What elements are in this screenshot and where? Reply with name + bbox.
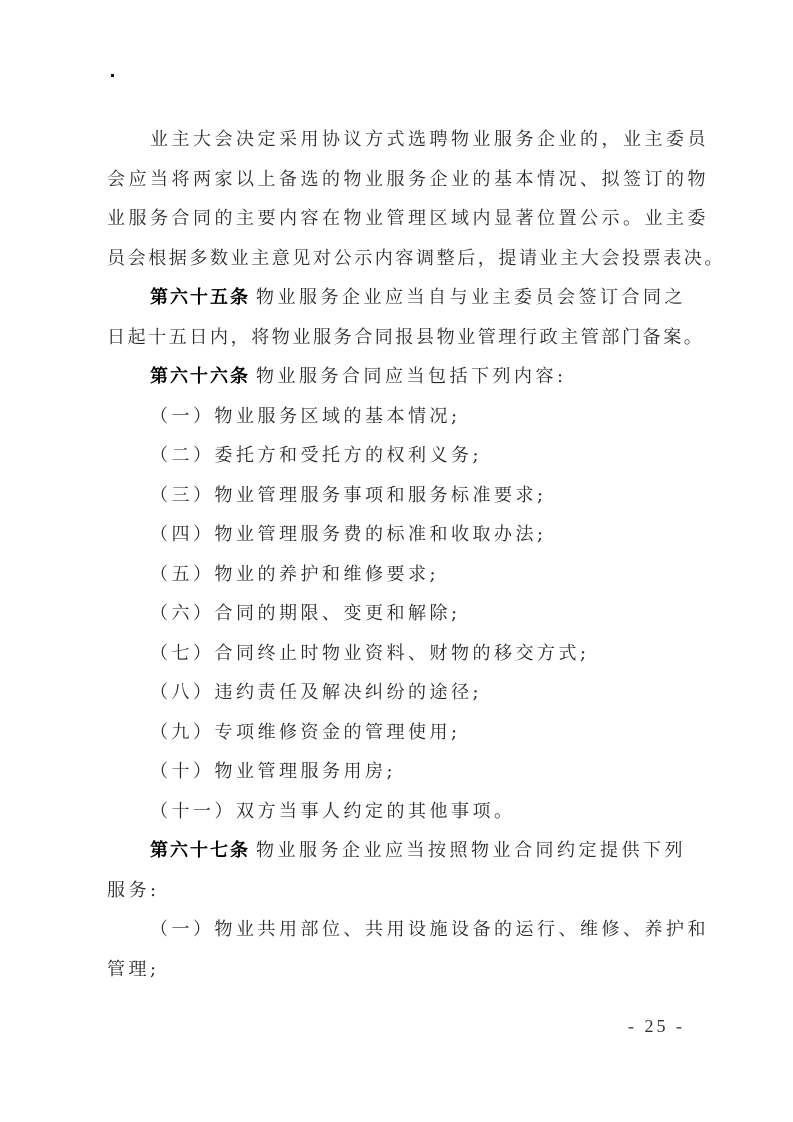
- paragraph-line: 员会根据多数业主意见对公示内容调整后，提请业主大会投票表决。: [107, 239, 725, 279]
- list-item: （三）物业管理服务事项和服务标准要求;: [150, 476, 547, 516]
- list-item: （六）合同的期限、变更和解除;: [150, 594, 461, 634]
- article-66: 第六十六条物业服务合同应当包括下列内容:: [150, 357, 567, 397]
- list-item: （十）物业管理服务用房;: [150, 752, 396, 792]
- paragraph-line: 业主大会决定采用协议方式选聘物业服务企业的，业主委员: [150, 120, 709, 160]
- document-page: 业主大会决定采用协议方式选聘物业服务企业的，业主委员 会应当将两家以上备选的物业…: [0, 0, 793, 1122]
- list-item: （十一）双方当事人约定的其他事项。: [150, 792, 516, 832]
- article-67: 第六十七条物业服务企业应当按照物业合同约定提供下列: [150, 831, 686, 871]
- paragraph-line: 服务:: [107, 871, 160, 911]
- page-number: - 25 -: [628, 1016, 685, 1037]
- article-heading: 第六十五条: [150, 287, 250, 308]
- article-text: 物业服务企业应当按照物业合同约定提供下列: [256, 840, 686, 861]
- list-item: （二）委托方和受托方的权利义务;: [150, 436, 482, 476]
- list-item: （一）物业共用部位、共用设施设备的运行、维修、养护和: [150, 910, 709, 950]
- list-item: （七）合同终止时物业资料、财物的移交方式;: [150, 634, 590, 674]
- article-heading: 第六十七条: [150, 840, 250, 861]
- article-65: 第六十五条物业服务企业应当自与业主委员会签订合同之: [150, 278, 686, 318]
- list-item: （一）物业服务区域的基本情况;: [150, 397, 461, 437]
- article-text: 物业服务合同应当包括下列内容:: [256, 366, 567, 387]
- article-heading: 第六十六条: [150, 366, 250, 387]
- list-item: （四）物业管理服务费的标准和收取办法;: [150, 515, 547, 555]
- page-marker-dot: [111, 74, 114, 77]
- list-item: （五）物业的养护和维修要求;: [150, 555, 439, 595]
- paragraph-line: 管理;: [107, 950, 160, 990]
- paragraph-line: 日起十五日内，将物业服务合同报县物业管理行政主管部门备案。: [107, 318, 704, 358]
- paragraph-line: 会应当将两家以上备选的物业服务企业的基本情况、拟签订的物: [107, 160, 709, 200]
- list-item: （八）违约责任及解决纠纷的途径;: [150, 673, 482, 713]
- paragraph-line: 业服务合同的主要内容在物业管理区域内显著位置公示。业主委: [107, 199, 709, 239]
- article-text: 物业服务企业应当自与业主委员会签订合同之: [256, 287, 686, 308]
- list-item: （九）专项维修资金的管理使用;: [150, 713, 461, 753]
